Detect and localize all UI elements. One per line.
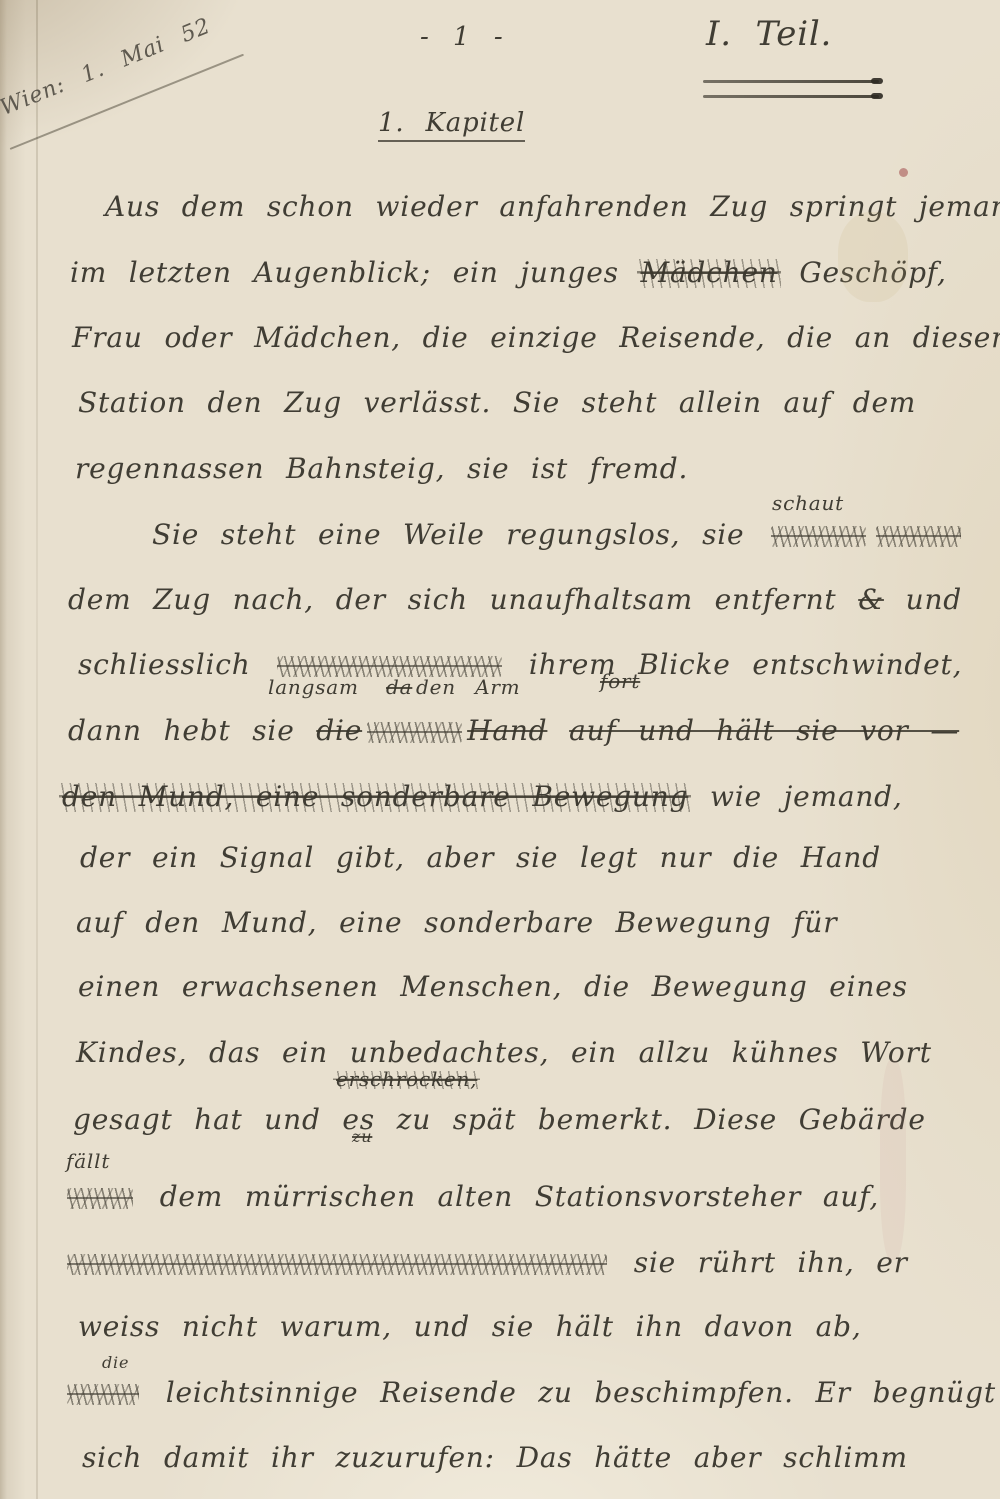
- manuscript-line: Kindes, das ein unbedachtes, ein allzu k…: [76, 1038, 932, 1068]
- word-segment: [547, 714, 569, 747]
- word-segment: &: [858, 583, 884, 616]
- word-segment: Hand: [467, 714, 547, 747]
- manuscript-line: auf den Mund, eine sonderbare Bewegung f…: [76, 908, 837, 938]
- manuscript-line: dem mürrischen alten Stationsvorsteher a…: [62, 1182, 879, 1212]
- ink-speck-pink: [899, 168, 908, 177]
- crossed-out-scribble: [67, 1254, 607, 1275]
- chapter-heading: 1. Kapitel: [378, 108, 525, 142]
- manuscript-line: sich damit ihr zuzurufen: Das hätte aber…: [82, 1443, 908, 1473]
- word-segment: Frau oder Mädchen, die einzige Reisende,…: [72, 321, 1000, 354]
- interlinear-insert: die: [102, 1352, 129, 1374]
- interlinear-insert: den Arm: [416, 676, 520, 698]
- crossed-out-scribble: [277, 656, 502, 677]
- interlinear-insert: langsam: [268, 676, 359, 698]
- word-segment: der ein Signal gibt, aber sie legt nur d…: [80, 841, 881, 874]
- word-segment: auf den Mund, eine sonderbare Bewegung f…: [76, 906, 837, 939]
- part-heading-underline: [703, 80, 879, 83]
- crossed-out-scribble: [771, 526, 866, 547]
- interlinear-insert: da: [386, 676, 412, 698]
- interlinear-insert: fällt: [66, 1150, 110, 1172]
- crossed-out-scribble: [67, 1188, 133, 1209]
- word-segment: dem mürrischen alten Stationsvorsteher a…: [138, 1180, 879, 1213]
- word-segment: ihrem Blicke entschwindet,: [507, 648, 962, 681]
- interlinear-insert: zu: [352, 1126, 372, 1148]
- manuscript-line: einen erwachsenen Menschen, die Bewegung…: [78, 972, 908, 1002]
- word-segment: im letzten Augenblick; ein junges: [70, 256, 640, 289]
- word-segment: weiss nicht warum, und sie hält ihn davo…: [78, 1310, 862, 1343]
- interlinear-insert: fort: [600, 670, 640, 692]
- manuscript-line: den Mund, eine sonderbare Bewegung wie j…: [62, 782, 903, 812]
- crossed-out-scribble: [876, 526, 961, 547]
- word-segment: den Mund, eine sonderbare Bewegung: [62, 780, 688, 813]
- manuscript-line: im letzten Augenblick; ein junges Mädche…: [70, 258, 947, 288]
- manuscript-line: Frau oder Mädchen, die einzige Reisende,…: [72, 323, 1000, 353]
- manuscript-line: Station den Zug verlässt. Sie steht alle…: [78, 388, 916, 418]
- word-segment: sich damit ihr zuzurufen: Das hätte aber…: [82, 1441, 908, 1474]
- manuscript-line: weiss nicht warum, und sie hält ihn davo…: [78, 1312, 862, 1342]
- word-segment: Mädchen: [640, 256, 777, 289]
- word-segment: die: [316, 714, 362, 747]
- word-segment: sie rührt ihn, er: [612, 1246, 908, 1279]
- page-number: - 1 -: [420, 22, 505, 52]
- manuscript-line: dem Zug nach, der sich unaufhaltsam entf…: [68, 585, 962, 615]
- word-segment: regennassen Bahnsteig, sie ist fremd.: [75, 452, 688, 485]
- part-heading-underline: [703, 95, 879, 98]
- manuscript-line: gesagt hat und es zu spät bemerkt. Diese…: [73, 1105, 926, 1135]
- word-segment: Sie steht eine Weile regungslos, sie: [152, 518, 766, 551]
- paper-crease: [36, 0, 38, 1499]
- manuscript-line: regennassen Bahnsteig, sie ist fremd.: [75, 454, 688, 484]
- word-segment: gesagt hat und es zu spät bemerkt. Diese…: [73, 1103, 926, 1136]
- word-segment: dem Zug nach, der sich unaufhaltsam entf…: [68, 583, 858, 616]
- manuscript-line: sie rührt ihn, er: [62, 1248, 908, 1278]
- manuscript-line: der ein Signal gibt, aber sie legt nur d…: [80, 843, 881, 873]
- word-segment: dann hebt sie: [68, 714, 316, 747]
- interlinear-insert: schaut: [772, 492, 844, 514]
- manuscript-line: Sie steht eine Weile regungslos, sie: [152, 520, 966, 550]
- manuscript-line: leichtsinnige Reisende zu beschimpfen. E…: [62, 1378, 996, 1408]
- manuscript-line: dann hebt sie dieHand auf und hält sie v…: [68, 716, 959, 746]
- word-segment: einen erwachsenen Menschen, die Bewegung…: [78, 970, 908, 1003]
- crossed-out-scribble: [67, 1384, 139, 1405]
- word-segment: wie jemand,: [688, 780, 902, 813]
- date-annotation: Wien: 1. Mai 52: [0, 14, 214, 121]
- word-segment: schliesslich: [78, 648, 272, 681]
- word-segment: Station den Zug verlässt. Sie steht alle…: [78, 386, 916, 419]
- crossed-out-scribble: [367, 722, 462, 743]
- interlinear-insert: erschrocken,: [336, 1068, 477, 1090]
- word-segment: leichtsinnige Reisende zu beschimpfen. E…: [144, 1376, 996, 1409]
- paper-stain: [880, 1060, 906, 1260]
- part-heading: I. Teil.: [706, 14, 832, 54]
- word-segment: und: [884, 583, 962, 616]
- word-segment: auf und hält sie vor —: [569, 714, 959, 747]
- word-segment: Kindes, das ein unbedachtes, ein allzu k…: [76, 1036, 932, 1069]
- paper-stain: [838, 212, 908, 302]
- manuscript-page: - 1 - I. Teil. 1. Kapitel Wien: 1. Mai 5…: [0, 0, 1000, 1499]
